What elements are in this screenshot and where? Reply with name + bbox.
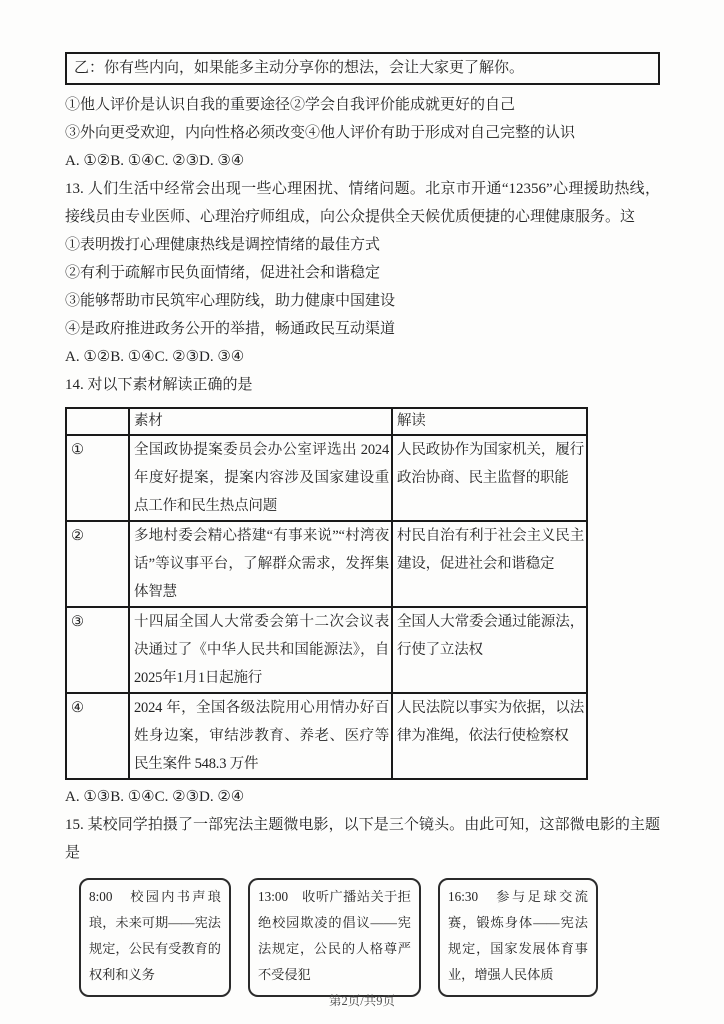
row-material: 多地村委会精心搭建“有事来说”“村湾夜话”等议事平台，了解群众需求，发挥集体智慧 [129,521,392,607]
q12-option-line-1: ①他人评价是认识自我的重要途径②学会自我评价能成就更好的自己 [65,91,660,119]
table-row: ④ 2024 年，全国各级法院用心用情办好百姓身边案，审结涉教育、养老、医疗等民… [66,693,587,779]
movie-scene-cards: 8:00 校园内书声琅琅，未来可期——宪法规定，公民有受教育的权利和义务 13:… [79,878,660,997]
row-num: ③ [66,607,129,693]
table-row: ② 多地村委会精心搭建“有事来说”“村湾夜话”等议事平台，了解群众需求，发挥集体… [66,521,587,607]
scene-card: 13:00 收听广播站关于拒绝校园欺凌的倡议——宪法规定，公民的人格尊严不受侵犯 [248,878,421,997]
scene-text: 8:00 校园内书声琅琅，未来可期——宪法规定，公民有受教育的权利和义务 [89,889,221,982]
dialog-quote-box: 乙：你有些内向，如果能多主动分享你的想法，会让大家更了解你。 [65,52,660,85]
q15-stem: 15. 某校同学拍摄了一部宪法主题微电影，以下是三个镜头。由此可知，这部微电影的… [65,811,660,867]
table-row: ③ 十四届全国人大常委会第十二次会议表决通过了《中华人民共和国能源法》，自202… [66,607,587,693]
header-cell-material: 素材 [129,408,392,435]
row-num: ① [66,435,129,521]
row-material: 十四届全国人大常委会第十二次会议表决通过了《中华人民共和国能源法》，自2025年… [129,607,392,693]
q13-item-2: ②有利于疏解市民负面情绪，促进社会和谐稳定 [65,259,660,287]
q13-item-4: ④是政府推进政务公开的举措，畅通政民互动渠道 [65,315,660,343]
q12-option-line-2: ③外向更受欢迎，内向性格必须改变④他人评价有助于形成对自己完整的认识 [65,119,660,147]
q13-item-1: ①表明拨打心理健康热线是调控情绪的最佳方式 [65,231,660,259]
row-material: 全国政协提案委员会办公室评选出 2024年度好提案，提案内容涉及国家建设重点工作… [129,435,392,521]
material-interpretation-table: 素材 解读 ① 全国政协提案委员会办公室评选出 2024年度好提案，提案内容涉及… [65,407,588,780]
exam-paper-page: 乙：你有些内向，如果能多主动分享你的想法，会让大家更了解你。 ①他人评价是认识自… [0,0,724,1024]
q12-answer-choices: A. ①②B. ①④C. ②③D. ③④ [65,147,660,175]
scene-card: 8:00 校园内书声琅琅，未来可期——宪法规定，公民有受教育的权利和义务 [79,878,231,997]
row-interpretation: 人民法院以事实为依据，以法律为准绳，依法行使检察权 [392,693,587,779]
page-content: 乙：你有些内向，如果能多主动分享你的想法，会让大家更了解你。 ①他人评价是认识自… [65,52,660,997]
scene-text: 16:30 参与足球交流赛，锻炼身体——宪法规定，国家发展体育事业，增强人民体质 [448,889,588,982]
page-number: 第2页/共9页 [329,994,395,1008]
q14-answer-choices: A. ①③B. ①④C. ②③D. ②④ [65,783,660,811]
row-material: 2024 年，全国各级法院用心用情办好百姓身边案，审结涉教育、养老、医疗等民生案… [129,693,392,779]
row-interpretation: 全国人大常委会通过能源法，行使了立法权 [392,607,587,693]
row-num: ② [66,521,129,607]
q14-stem: 14. 对以下素材解读正确的是 [65,371,660,399]
header-cell-num [66,408,129,435]
header-cell-interpretation: 解读 [392,408,587,435]
scene-card: 16:30 参与足球交流赛，锻炼身体——宪法规定，国家发展体育事业，增强人民体质 [438,878,598,997]
dialog-quote-text: 乙：你有些内向，如果能多主动分享你的想法，会让大家更了解你。 [74,60,524,76]
row-interpretation: 人民政协作为国家机关，履行政治协商、民主监督的职能 [392,435,587,521]
table-row: ① 全国政协提案委员会办公室评选出 2024年度好提案，提案内容涉及国家建设重点… [66,435,587,521]
table-header-row: 素材 解读 [66,408,587,435]
q13-item-3: ③能够帮助市民筑牢心理防线，助力健康中国建设 [65,287,660,315]
q13-stem: 13. 人们生活中经常会出现一些心理困扰、情绪问题。北京市开通“12356”心理… [65,175,660,231]
row-num: ④ [66,693,129,779]
scene-text: 13:00 收听广播站关于拒绝校园欺凌的倡议——宪法规定，公民的人格尊严不受侵犯 [258,889,411,982]
row-interpretation: 村民自治有利于社会主义民主建设，促进社会和谐稳定 [392,521,587,607]
q13-answer-choices: A. ①②B. ①④C. ②③D. ③④ [65,343,660,371]
page-footer: 第2页/共9页 [0,991,724,1009]
